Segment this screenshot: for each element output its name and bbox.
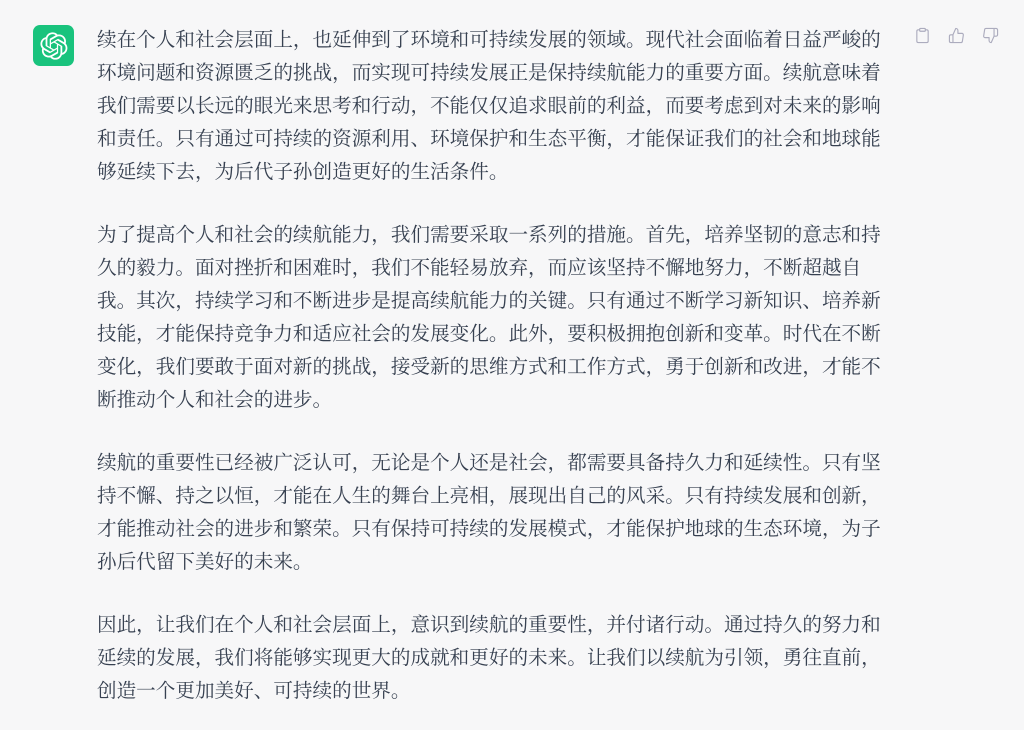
- message-content: 续在个人和社会层面上，也延伸到了环境和可持续发展的领域。现代社会面临着日益严峻的…: [97, 24, 885, 708]
- thumbs-up-button[interactable]: [947, 26, 965, 44]
- message-paragraph: 为了提高个人和社会的续航能力，我们需要采取一系列的措施。首先，培养坚韧的意志和持…: [97, 219, 885, 417]
- assistant-message: 续在个人和社会层面上，也延伸到了环境和可持续发展的领域。现代社会面临着日益严峻的…: [0, 0, 1024, 730]
- thumbs-down-button[interactable]: [981, 26, 999, 44]
- message-paragraph: 续在个人和社会层面上，也延伸到了环境和可持续发展的领域。现代社会面临着日益严峻的…: [97, 24, 885, 189]
- message-actions: [913, 26, 999, 44]
- copy-button[interactable]: [913, 26, 931, 44]
- message-paragraph: 因此，让我们在个人和社会层面上，意识到续航的重要性，并付诸行动。通过持久的努力和…: [97, 609, 885, 708]
- thumbs-down-icon: [982, 27, 999, 44]
- assistant-avatar: [33, 25, 74, 66]
- thumbs-up-icon: [948, 27, 965, 44]
- openai-logo-icon: [40, 32, 68, 60]
- clipboard-icon: [914, 27, 931, 44]
- message-paragraph: 续航的重要性已经被广泛认可，无论是个人还是社会，都需要具备持久力和延续性。只有坚…: [97, 447, 885, 579]
